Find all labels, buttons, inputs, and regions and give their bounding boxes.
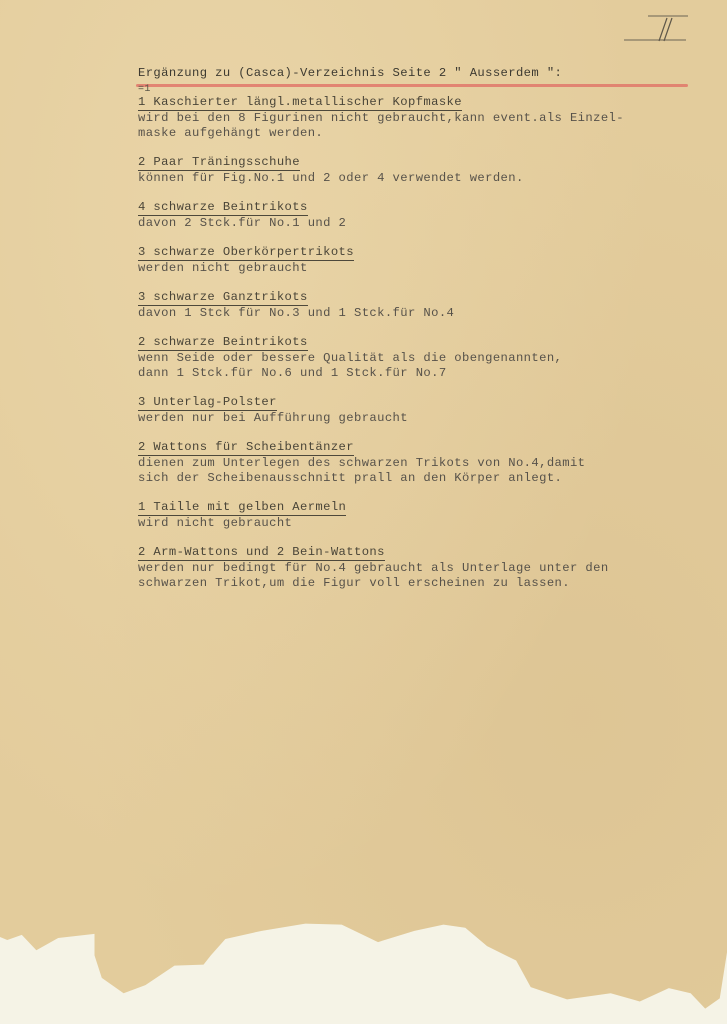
list-item: 1 Taille mit gelben Aermeln wird nicht g… [138,500,698,531]
item-description: werden nur bei Aufführung gebraucht [138,411,698,426]
item-description: davon 2 Stck.für No.1 und 2 [138,216,698,231]
document-title: Ergänzung zu (Casca)-Verzeichnis Seite 2… [138,66,698,83]
list-item: 2 Wattons für Scheibentänzer dienen zum … [138,440,698,486]
list-item: 1 Kaschierter längl.metallischer Kopfmas… [138,95,698,141]
note-number: =1 [138,85,698,95]
list-item: 2 Arm-Wattons und 2 Bein-Wattons werden … [138,545,698,591]
list-item: 2 schwarze Beintrikots wenn Seide oder b… [138,335,698,381]
item-description: können für Fig.No.1 und 2 oder 4 verwend… [138,171,698,186]
item-heading: 2 Paar Träningsschuhe [138,155,300,171]
list-item: 4 schwarze Beintrikots davon 2 Stck.für … [138,200,698,231]
list-item: 2 Paar Träningsschuhe können für Fig.No.… [138,155,698,186]
item-description: wird nicht gebraucht [138,516,698,531]
item-description: werden nicht gebraucht [138,261,698,276]
list-item: 3 Unterlag-Polster werden nur bei Auffüh… [138,395,698,426]
item-heading: 3 schwarze Oberkörpertrikots [138,245,354,261]
list-item: 3 schwarze Oberkörpertrikots werden nich… [138,245,698,276]
roman-numeral-page-mark [622,12,690,42]
item-heading: 3 Unterlag-Polster [138,395,277,411]
item-heading: 4 schwarze Beintrikots [138,200,308,216]
item-description: dienen zum Unterlegen des schwarzen Trik… [138,456,698,486]
item-heading: 2 Arm-Wattons und 2 Bein-Wattons [138,545,385,561]
item-description: wenn Seide oder bessere Qualität als die… [138,351,698,381]
item-description: davon 1 Stck für No.3 und 1 Stck.für No.… [138,306,698,321]
item-heading: 2 Wattons für Scheibentänzer [138,440,354,456]
item-description: wird bei den 8 Figurinen nicht gebraucht… [138,111,698,141]
list-item: 3 schwarze Ganztrikots davon 1 Stck für … [138,290,698,321]
item-description: werden nur bedingt für No.4 gebraucht al… [138,561,698,591]
item-heading: 2 schwarze Beintrikots [138,335,308,351]
item-heading: 1 Taille mit gelben Aermeln [138,500,346,516]
item-heading: 1 Kaschierter längl.metallischer Kopfmas… [138,95,462,111]
document-body: Ergänzung zu (Casca)-Verzeichnis Seite 2… [138,66,698,605]
item-heading: 3 schwarze Ganztrikots [138,290,308,306]
